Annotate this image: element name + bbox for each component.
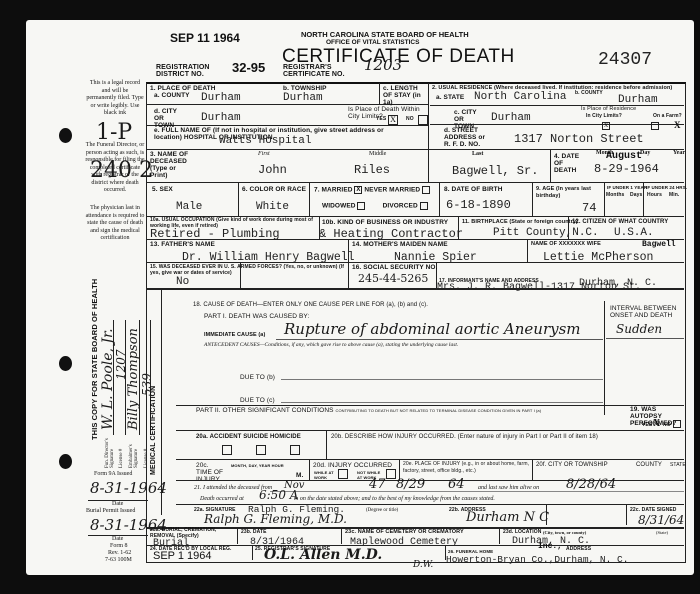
- suicide-checkbox[interactable]: [256, 445, 266, 455]
- date-label: Date: [112, 501, 123, 508]
- race: White: [256, 201, 289, 213]
- last-saw-date: 8/28/64: [566, 477, 616, 492]
- birthplace-label: 11. BIRTHPLACE (State or foreign country…: [462, 219, 578, 226]
- degree-label: (Degree or title): [366, 507, 398, 514]
- agency-office: OFFICE OF VITAL STATISTICS: [326, 39, 419, 46]
- form-number: Form 8: [110, 543, 128, 550]
- first-name-label: First: [258, 151, 270, 158]
- death-occurred-label: Death occurred at: [200, 496, 244, 503]
- street-address-label: d. STREET ADDRESS or R. F. D. NO.: [444, 127, 490, 148]
- industry: & Heating Contractor: [319, 227, 463, 241]
- residence-state: North Carolina: [474, 91, 566, 103]
- registration-district-no: 32-95: [232, 60, 265, 75]
- residence-state-label: a. STATE: [436, 94, 464, 101]
- armed-forces: No: [176, 276, 189, 288]
- injury-occurred-label: 20d. INJURY OCCURRED: [313, 462, 392, 469]
- while-at-work-checkbox[interactable]: [338, 469, 348, 479]
- date-of-birth: 6-18-1890: [446, 198, 511, 212]
- within-city-yes-label: YES: [376, 116, 386, 123]
- citizen: U.S.A.: [614, 227, 654, 239]
- under-1yr-label: IF UNDER 1 YEAR: [607, 184, 647, 191]
- form-9a-label: Form 9A Issued: [94, 471, 132, 478]
- injury-state-label: STATE: [670, 462, 686, 469]
- license-label: License #: [118, 449, 125, 468]
- autopsy-no-checkbox[interactable]: [673, 420, 681, 428]
- hospital-name: Watts Hospital: [219, 135, 311, 147]
- married-label: 7. MARRIED X NEVER MARRIED: [314, 186, 430, 194]
- part1-label: PART I. DEATH WAS CAUSED BY:: [204, 313, 309, 320]
- while-at-work-label: WHILE AT WORK: [314, 471, 336, 480]
- interval-label: INTERVAL BETWEEN ONSET AND DEATH: [610, 305, 682, 319]
- spouse-name: Lettie McPherson: [543, 251, 653, 264]
- residence-city: Durham: [491, 112, 531, 124]
- punch-hole: [59, 128, 72, 143]
- location-sub: (City, town, or county): [543, 529, 586, 536]
- months-label: Months: [606, 192, 624, 199]
- physician-signature: Ralph G. Fleming, M.D.: [204, 512, 347, 526]
- not-while-at-work-checkbox[interactable]: [386, 469, 396, 479]
- agency-name: NORTH CAROLINA STATE BOARD OF HEALTH: [301, 30, 469, 39]
- describe-injury-label: 20b. DESCRIBE HOW INJURY OCCURRED. (Ente…: [331, 434, 598, 441]
- residence-place-label: Is Place of Residence: [581, 106, 636, 113]
- widowed-checkbox[interactable]: [357, 202, 365, 210]
- death-time: 6:50 A: [259, 488, 298, 502]
- county-label: a. COUNTY: [154, 92, 190, 99]
- date-of-death: 8-29-1964: [594, 162, 659, 176]
- immediate-cause-label: IMMEDIATE CAUSE (a): [204, 332, 265, 339]
- citizen-label: 12. CITIZEN OF WHAT COUNTRY: [572, 219, 668, 226]
- on-farm-label: On a Farm?: [653, 113, 682, 120]
- deceased-name-label: 3. NAME OF DECEASED (Type or Print): [150, 151, 192, 179]
- part2-note: CONTRIBUTING TO DEATH BUT NOT RELATED TO…: [335, 408, 541, 413]
- age-label: 9. AGE (In years last birthday): [536, 186, 602, 200]
- autopsy-yes-label: YES: [642, 422, 652, 429]
- medical-certification-label: MEDICAL CERTIFICATION: [150, 386, 157, 475]
- spouse-label: NAME OF XXXXXXX WIFE: [531, 241, 601, 248]
- embalmer-sig-label: Embalmer's Signature: [129, 434, 139, 468]
- dod-day-label: Day: [640, 150, 650, 157]
- interval: Sudden: [616, 322, 662, 336]
- sex: Male: [176, 201, 202, 213]
- within-city-no-checkbox[interactable]: [418, 115, 428, 125]
- accident-label: 20a. ACCIDENT SUICIDE HOMICIDE: [196, 434, 301, 441]
- death-township: Durham: [283, 92, 323, 104]
- attended-to: 8/29: [396, 477, 425, 492]
- divorced-checkbox[interactable]: [420, 202, 428, 210]
- married-text: 7. MARRIED: [314, 187, 353, 194]
- length-of-stay-label: c. LENGTH OF STAY (in 1a): [383, 85, 427, 106]
- first-name: John: [258, 163, 287, 177]
- dod-year-label: Year: [673, 150, 685, 157]
- in-city-limits-yes-checkbox[interactable]: X: [602, 122, 610, 130]
- age: 74: [582, 201, 596, 215]
- injury-county-label: COUNTY: [636, 462, 662, 469]
- fun-director-sig-label: Fun. Director's Signature: [105, 434, 115, 468]
- death-statement: m on the date stated above; and to the b…: [294, 496, 495, 503]
- never-married-text: NEVER MARRIED: [364, 187, 420, 194]
- within-city-no-label: NO: [406, 116, 414, 123]
- on-farm-no-mark[interactable]: X: [674, 120, 681, 130]
- residence-county-label: b. COUNTY: [575, 90, 603, 97]
- cemetery-label: 23c. NAME OF CEMETERY OR CREMATORY: [345, 529, 464, 536]
- widowed-text: WIDOWED: [322, 203, 356, 210]
- physician-address: Durham N C: [466, 510, 549, 525]
- on-farm-yes-checkbox[interactable]: [651, 122, 659, 130]
- ssn: 245-44-5265: [358, 272, 428, 285]
- part2-label: PART II. OTHER SIGNIFICANT CONDITIONS CO…: [196, 407, 541, 414]
- state-file-number: 24307: [598, 50, 652, 70]
- funeral-home-inc: Inc.,: [538, 542, 562, 551]
- middle-name: Riles: [354, 163, 390, 177]
- place-of-injury-label: 20e. PLACE OF INJURY (e.g., in or about …: [403, 461, 531, 475]
- burial-permit-label: Burial Permit Issued: [86, 508, 135, 515]
- married-checkbox[interactable]: X: [354, 186, 362, 194]
- widowed-row: WIDOWED DIVORCED: [322, 202, 428, 210]
- min-label: Min.: [669, 192, 679, 199]
- date-label: Date: [112, 536, 123, 543]
- birthplace: Pitt County,N.C.: [493, 227, 599, 239]
- punch-hole: [59, 454, 72, 469]
- place-of-death-label: 1. PLACE OF DEATH: [150, 85, 216, 92]
- registrar-cert-no: 1203: [364, 56, 402, 74]
- attended-to-year: 64: [448, 477, 465, 492]
- street-address: 1317 Norton Street: [514, 132, 644, 146]
- registrar-cert-label: REGISTRAR'S CERTIFICATE NO.: [283, 64, 353, 78]
- hours-label: Hours: [647, 192, 662, 199]
- death-city: Durham: [201, 112, 241, 124]
- mother-label: 14. MOTHER'S MAIDEN NAME: [352, 241, 448, 248]
- funeral-home: Howerton-Bryan Co.,Durham, N. C.: [446, 554, 628, 565]
- city-label: d. CITY OR TOWN: [154, 108, 184, 129]
- copy-label: THIS COPY FOR STATE BOARD OF HEALTH: [91, 279, 98, 440]
- never-married-checkbox[interactable]: [422, 186, 430, 194]
- in-city-limits-label: In City Limits?: [586, 113, 622, 120]
- occupation: Retired - Plumbing: [150, 227, 280, 241]
- form-revision: Rev. 1-62: [108, 550, 131, 557]
- death-county: Durham: [201, 92, 241, 104]
- industry-label: 10b. KIND OF BUSINESS OR INDUSTRY: [322, 219, 448, 226]
- physician-note: The physician last in attendance is requ…: [84, 205, 146, 243]
- location-state-label: (State): [656, 529, 668, 536]
- sex-label: 5. SEX: [152, 186, 173, 193]
- registration-district-label: REGISTRATION DISTRICT NO.: [156, 64, 226, 78]
- father-name: Dr. William Henry Bagwell: [182, 251, 355, 264]
- date-of-death-label: 4. DATE OF DEATH: [554, 153, 584, 174]
- autopsy-yes-mark[interactable]: X: [653, 418, 660, 429]
- attended-from-year: 47: [369, 477, 386, 492]
- divorced-text: DIVORCED: [383, 203, 418, 210]
- spouse-note: Bagwell: [642, 240, 676, 249]
- reviewer-initials: D.W.: [413, 560, 433, 570]
- received-stamp: SEP 11 1964: [170, 31, 240, 45]
- time-of-injury-m: M.: [296, 472, 303, 479]
- death-certificate: SEP 11 1964 NORTH CAROLINA STATE BOARD O…: [26, 20, 694, 575]
- cause-of-death-label: 18. CAUSE OF DEATH—ENTER ONLY ONE CAUSE …: [193, 302, 428, 309]
- autopsy-no-label: NO: [663, 422, 671, 429]
- part2-title: PART II. OTHER SIGNIFICANT CONDITIONS: [196, 407, 334, 414]
- days-label: Days: [630, 192, 642, 199]
- location-label: 23d. LOCATION: [503, 529, 541, 536]
- due-to-c-label: DUE TO (c): [240, 397, 275, 404]
- within-city-yes-checkbox[interactable]: X: [388, 115, 398, 125]
- punch-hole: [59, 356, 72, 371]
- funeral-home-address-label: ADDRESS: [566, 546, 591, 553]
- burial-date-label: 23b. DATE: [241, 529, 267, 536]
- time-of-injury-sub: MONTH, DAY, YEAR HOUR: [231, 462, 284, 469]
- dob-label: 8. DATE OF BIRTH: [444, 186, 503, 193]
- father-label: 13. FATHER'S NAME: [150, 241, 215, 248]
- middle-name-label: Middle: [369, 151, 386, 158]
- date-received: SEP 1 1964: [153, 550, 212, 562]
- dod-month: August: [606, 151, 642, 162]
- due-to-b-label: DUE TO (b): [240, 374, 275, 381]
- armed-forces-label: 15. WAS DECEASED EVER IN U. S. ARMED FOR…: [150, 264, 350, 276]
- city-township-label: 20f. CITY OR TOWNSHIP: [536, 462, 608, 469]
- last-name-label: Last: [472, 151, 483, 158]
- antecedent-label: ANTECEDENT CAUSES—Conditions, if any, wh…: [204, 342, 458, 349]
- form-print-run: 7-63 100M: [105, 557, 132, 564]
- ssn-label: 16. SOCIAL SECURITY NO.: [352, 264, 438, 271]
- date-signed: 8/31/64: [638, 513, 684, 527]
- legal-record-note: This is a legal record and will be perma…: [86, 80, 144, 118]
- registrar-signature: O.L. Allen M.D.: [264, 547, 382, 563]
- race-label: 6. COLOR OR RACE: [242, 186, 306, 193]
- under-24hrs-label: IF UNDER 24 HRS.: [646, 184, 687, 191]
- immediate-cause: Rupture of abdominal aortic Aneurysm: [284, 320, 581, 338]
- homicide-checkbox[interactable]: [290, 445, 300, 455]
- last-name: Bagwell, Sr.: [452, 164, 538, 178]
- informant-name-address: Mrs. J. R. Bagwell-1317 Norton St.: [437, 282, 641, 293]
- accident-checkbox[interactable]: [222, 445, 232, 455]
- township-label: b. TOWNSHIP: [283, 85, 327, 92]
- handwritten-code: 240 2: [90, 158, 153, 183]
